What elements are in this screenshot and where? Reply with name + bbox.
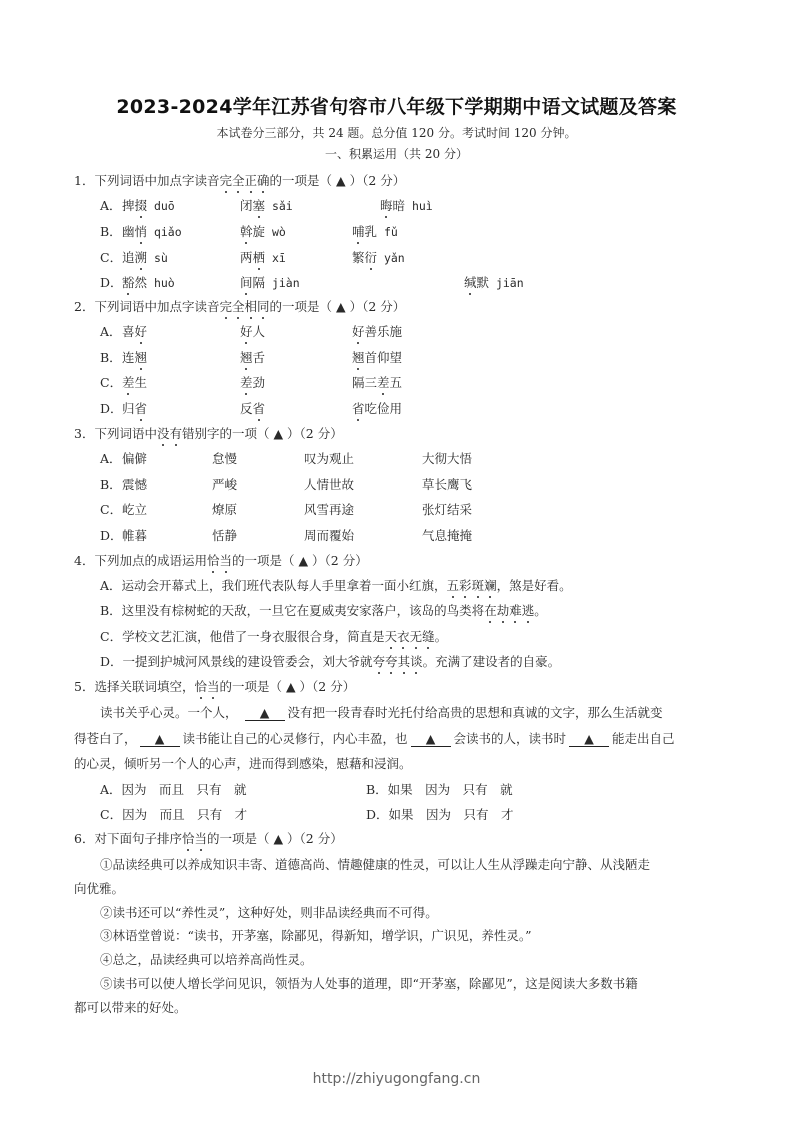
answer-blank[interactable]: ▲ (569, 732, 609, 747)
option-item: 归省 (122, 399, 147, 417)
option-b: B．这里没有棕树蛇的天敌，一旦它在夏威夷安家落户，该岛的鸟类将在劫难逃。 (100, 601, 547, 619)
option-c: C．学校文艺汇演，他借了一身衣服很合身，简直是天衣无缝。 (100, 627, 447, 645)
option-label: D． (100, 273, 123, 291)
exam-info: 本试卷分三部分，共 24 题。总分值 120 分。考试时间 120 分钟。 (0, 124, 793, 141)
option-item: 怠慢 (212, 449, 237, 467)
option-a: A．因为 而且 只有 就 (100, 780, 247, 798)
question-3-stem: 3．下列词语中没有错别字的一项（ ▲ ）（2 分） (74, 424, 343, 442)
option-label: B． (100, 348, 122, 366)
option-item: 偏僻 (122, 449, 147, 467)
answer-blank[interactable]: ▲ (245, 706, 285, 721)
question-4-stem: 4．下列加点的成语运用恰当的一项是（ ▲ ）（2 分） (74, 551, 368, 569)
option-item: 喜好 (122, 322, 147, 340)
sentence-4: ④总之，品读经典可以培养高尚性灵。 (100, 950, 313, 968)
option-label: C． (100, 500, 122, 518)
option-item: 两栖 xī (240, 248, 286, 266)
option-item: 张灯结采 (422, 500, 472, 518)
option-item: 周而覆始 (304, 526, 354, 544)
option-item: 幽悄 qiǎo (122, 222, 182, 240)
option-item: 大彻大悟 (422, 449, 472, 467)
question-2-stem: 2．下列词语中加点字读音完全相同的一项是（ ▲ ）（2 分） (74, 297, 405, 315)
option-a: A．运动会开幕式上，我们班代表队每人手里拿着一面小红旗，五彩斑斓，煞是好看。 (100, 576, 572, 594)
option-item: 帷暮 (122, 526, 147, 544)
sentence-1: ①品读经典可以养成知识丰寄、道德高尚、情趣健康的性灵，可以让人生从浮躁走向宁静、… (100, 855, 650, 873)
option-item: 翘舌 (240, 348, 265, 366)
option-item: 隔三差五 (352, 373, 402, 391)
option-item: 追溯 sù (122, 248, 168, 266)
option-label: D． (100, 526, 123, 544)
sentence-5: ⑤读书可以使人增长学问见识，领悟为人处事的道理，即“开茅塞，除鄙见”，这是阅读大… (100, 974, 638, 992)
question-5-stem: 5．选择关联词填空，恰当的一项是（ ▲ ）（2 分） (74, 677, 355, 695)
sentence-5-cont: 都可以带来的好处。 (74, 998, 187, 1016)
option-label: A． (100, 322, 122, 340)
passage-line: 读书关乎心灵。一个人， ▲没有把一段青春时光托付给高贵的思想和真诚的文字，那么生… (100, 703, 663, 721)
option-label: B． (100, 475, 122, 493)
passage-line: 的心灵，倾听另一个人的心声，进而得到感染，慰藉和浸润。 (74, 754, 412, 772)
option-label: A． (100, 449, 122, 467)
option-c: C．因为 而且 只有 才 (100, 805, 247, 823)
footer-url[interactable]: http://zhiyugongfang.cn (0, 1071, 793, 1087)
option-item: 风雪再途 (304, 500, 354, 518)
option-d: D．如果 因为 只有 才 (366, 805, 514, 823)
passage-line: 得苍白了，▲读书能让自己的心灵修行，内心丰盈，也▲会读书的人，读书时▲能走出自己 (74, 729, 675, 747)
option-label: D． (100, 399, 123, 417)
option-item: 气息掩掩 (422, 526, 472, 544)
option-item: 繁衍 yǎn (352, 248, 405, 266)
option-item: 差劲 (240, 373, 265, 391)
option-item: 人情世故 (304, 475, 354, 493)
option-item: 斡旋 wò (240, 222, 286, 240)
option-item: 反省 (240, 399, 265, 417)
option-item: 叹为观止 (304, 449, 354, 467)
option-item: 连翘 (122, 348, 147, 366)
option-item: 省吃俭用 (352, 399, 402, 417)
option-label: C． (100, 248, 122, 266)
question-6-stem: 6．对下面句子排序恰当的一项是（ ▲ ）（2 分） (74, 829, 343, 847)
option-item: 捭掇 duō (122, 196, 175, 214)
option-item: 严峻 (212, 475, 237, 493)
sentence-2: ②读书还可以“养性灵”，这种好处，则非品读经典而不可得。 (100, 903, 438, 921)
sentence-1-cont: 向优雅。 (74, 879, 124, 897)
option-item: 好善乐施 (352, 322, 402, 340)
section-heading: 一、积累运用（共 20 分） (0, 145, 793, 162)
option-item: 屹立 (122, 500, 147, 518)
option-label: B． (100, 222, 122, 240)
option-item: 闭塞 sǎi (240, 196, 293, 214)
answer-blank[interactable]: ▲ (140, 732, 180, 747)
option-d: D．一提到护城河风景线的建设管委会，刘大爷就夸夸其谈。充满了建设者的自豪。 (100, 652, 560, 670)
option-b: B．如果 因为 只有 就 (366, 780, 513, 798)
option-item: 好人 (240, 322, 265, 340)
option-label: A． (100, 196, 122, 214)
option-item: 间隔 jiàn (240, 273, 300, 291)
option-item: 差生 (122, 373, 147, 391)
sentence-3: ③林语堂曾说：“读书，开茅塞，除鄙见，得新知，增学识，广识见，养性灵。” (100, 926, 532, 944)
option-item: 燎原 (212, 500, 237, 518)
option-item: 豁然 huò (122, 273, 175, 291)
option-item: 缄默 jiān (464, 273, 524, 291)
option-item: 翘首仰望 (352, 348, 402, 366)
option-item: 晦暗 huì (380, 196, 433, 214)
option-item: 哺乳 fǔ (352, 222, 398, 240)
question-1-stem: 1．下列词语中加点字读音完全正确的一项是（ ▲ ）（2 分） (74, 171, 405, 189)
option-item: 恬静 (212, 526, 237, 544)
answer-blank[interactable]: ▲ (411, 732, 451, 747)
page-title: 2023-2024学年江苏省句容市八年级下学期期中语文试题及答案 (0, 92, 793, 119)
option-label: C． (100, 373, 122, 391)
option-item: 震憾 (122, 475, 147, 493)
option-item: 草长鹰飞 (422, 475, 472, 493)
